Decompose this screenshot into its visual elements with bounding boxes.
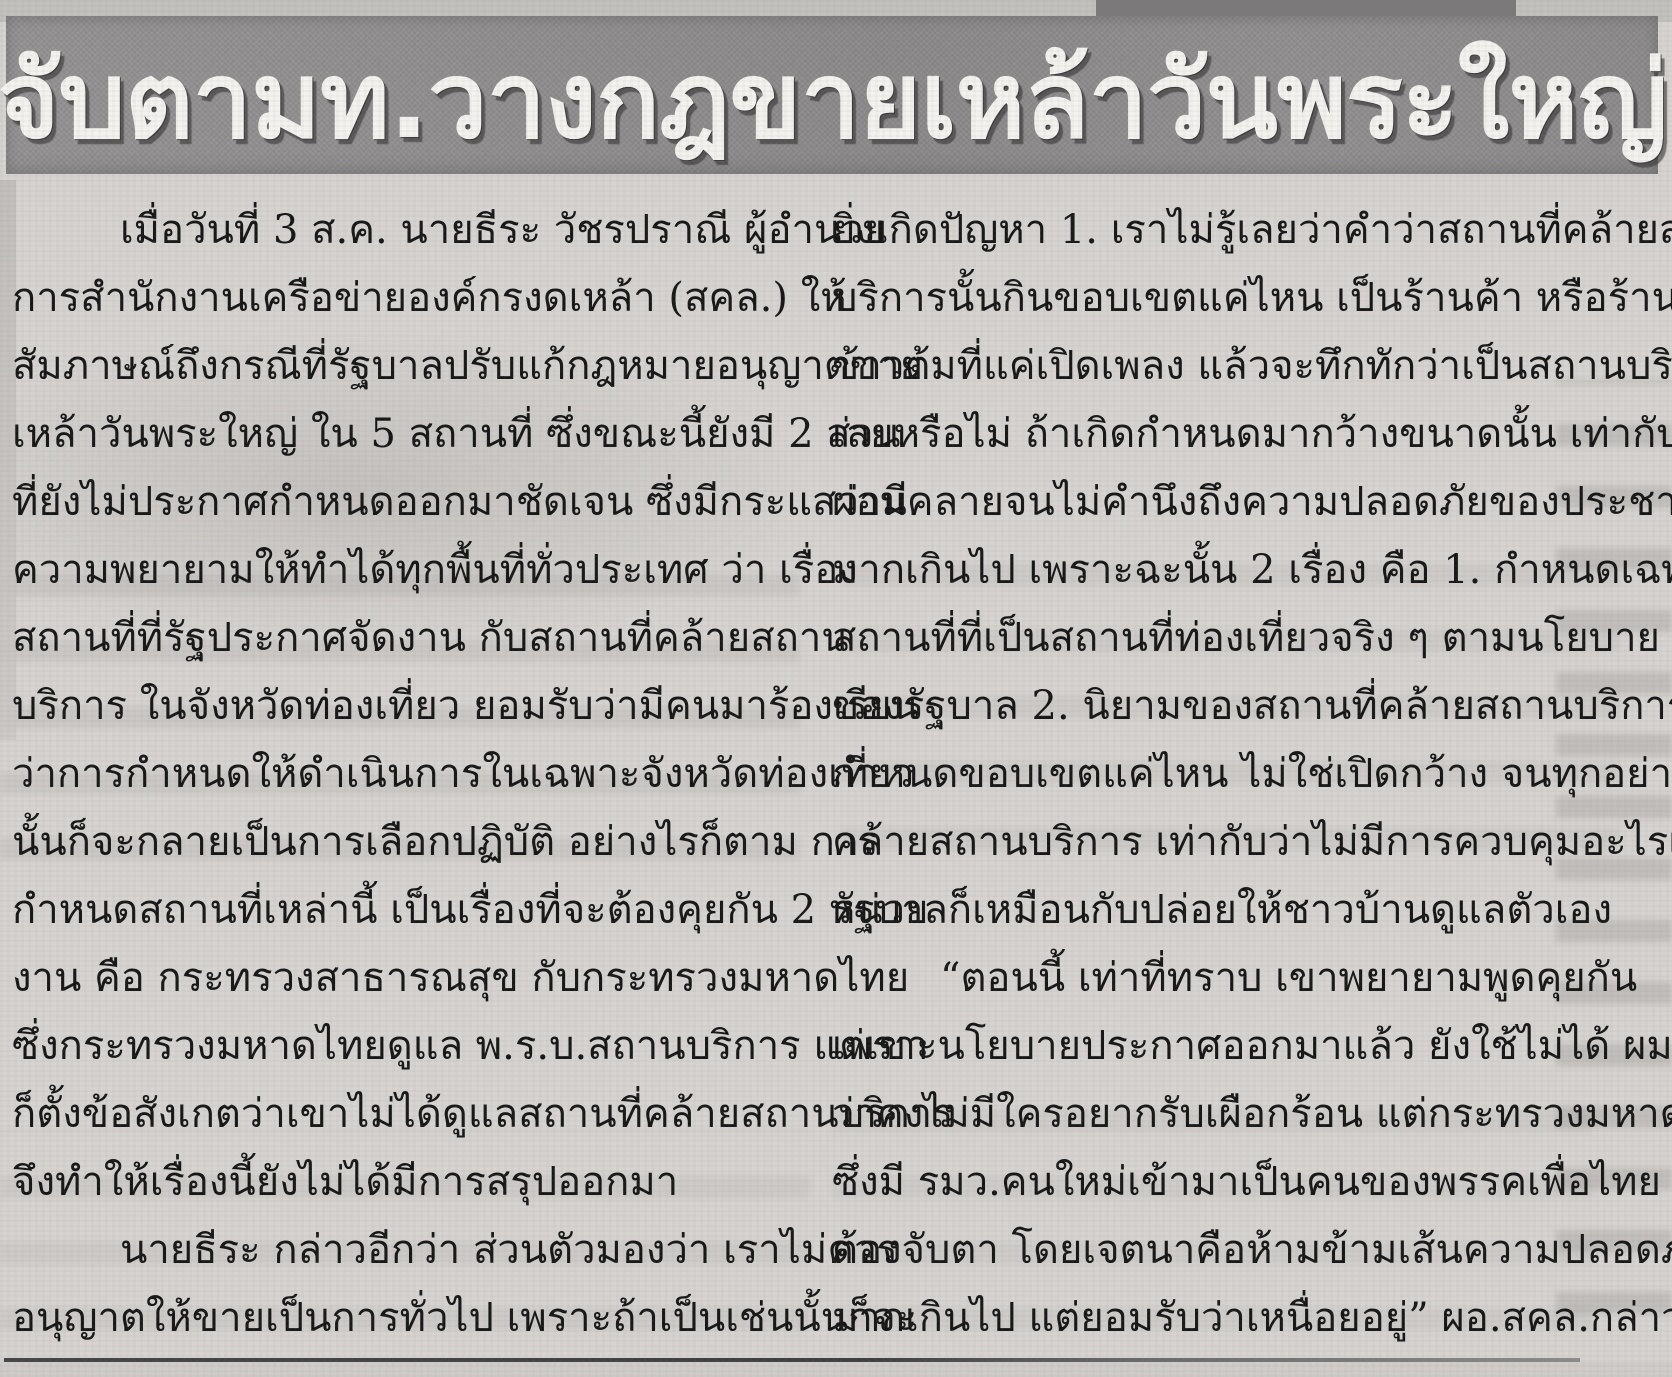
body-text-line: “ตอนนี้ เท่าที่ทราบ เขาพยายามพูดคุยกัน [832,944,1632,1012]
headline-banner: จับตามท.วางกฎขายเหล้าวันพระใหญ่ [6,16,1658,174]
article-column-left: เมื่อวันที่ 3 ส.ค. นายธีระ วัชรปราณี ผู้… [12,196,800,1352]
body-text-line: สัมภาษณ์ถึงกรณีที่รัฐบาลปรับแก้กฎหมายอนุ… [12,332,800,400]
body-text-line: จึงทำให้เรื่องนี้ยังไม่ได้มีการสรุปออกมา [12,1148,800,1216]
body-text-line: ก็ตั้งข้อสังเกตว่าเขาไม่ได้ดูแลสถานที่คล… [12,1080,800,1148]
body-text-line: บริการ ในจังหวัดท่องเที่ยว ยอมรับว่ามีคน… [12,672,800,740]
body-text-line: ที่ยังไม่ประกาศกำหนดออกมาชัดเจน ซึ่งมีกร… [12,468,800,536]
body-text-line: ยิ่งเกิดปัญหา 1. เราไม่รู้เลยว่าคำว่าสถา… [832,196,1632,264]
body-text-line: การสำนักงานเครือข่ายองค์กรงดเหล้า (สคล.)… [12,264,800,332]
body-text-line: เลยหรือไม่ ถ้าเกิดกำหนดมากว้างขนาดนั้น เ… [832,400,1632,468]
body-text-line: ผ่อนคลายจนไม่คำนึงถึงความปลอดภัยของประชา… [832,468,1632,536]
body-text-line: ซึ่งกระทรวงมหาดไทยดูแล พ.ร.บ.สถานบริการ … [12,1012,800,1080]
body-text-line: กำหนดสถานที่เหล่านี้ เป็นเรื่องที่จะต้อง… [12,876,800,944]
body-text-line: มากเกินไป เพราะฉะนั้น 2 เรื่อง คือ 1. กำ… [832,536,1632,604]
body-text-line: ความพยายามให้ทำได้ทุกพื้นที่ทั่วประเทศ ว… [12,536,800,604]
body-text-line: ของรัฐบาล 2. นิยามของสถานที่คล้ายสถานบริ… [832,672,1632,740]
article-column-right: ยิ่งเกิดปัญหา 1. เราไม่รู้เลยว่าคำว่าสถา… [832,196,1632,1352]
body-text-line: ต้องจับตา โดยเจตนาคือห้ามข้ามเส้นความปลอ… [832,1216,1632,1284]
body-text-line: ว่าการกำหนดให้ดำเนินการในเฉพาะจังหวัดท่อ… [12,740,800,808]
body-text-line: มากเกินไป แต่ยอมรับว่าเหนื่อยอยู่” ผอ.สค… [832,1284,1632,1352]
scan-edge-strip-bottom [0,1362,1672,1377]
body-text-line: เพราะนโยบายประกาศออกมาแล้ว ยังใช้ไม่ได้ … [832,1012,1632,1080]
body-text-line: เมื่อวันที่ 3 ส.ค. นายธีระ วัชรปราณี ผู้… [12,196,800,264]
body-text-line: สถานที่ที่รัฐประกาศจัดงาน กับสถานที่คล้า… [12,604,800,672]
body-text-line: กำหนดขอบเขตแค่ไหน ไม่ใช่เปิดกว้าง จนทุกอ… [832,740,1632,808]
body-text-line: นั้นก็จะกลายเป็นการเลือกปฏิบัติ อย่างไรก… [12,808,800,876]
body-text-line: งาน คือ กระทรวงสาธารณสุข กับกระทรวงมหาดไ… [12,944,800,1012]
body-text-line: นายธีระ กล่าวอีกว่า ส่วนตัวมองว่า เราไม่… [12,1216,800,1284]
newspaper-clipping-page: จับตามท.วางกฎขายเหล้าวันพระใหญ่ เมื่อวัน… [0,0,1672,1377]
body-text-line: ว่าคงไม่มีใครอยากรับเผือกร้อน แต่กระทรวง… [832,1080,1632,1148]
body-text-line: อนุญาตให้ขายเป็นการทั่วไป เพราะถ้าเป็นเช… [12,1284,800,1352]
body-text-line: ข้าวต้มที่แค่เปิดเพลง แล้วจะทึกทักว่าเป็… [832,332,1632,400]
body-text-line: สถานที่ที่เป็นสถานที่ท่องเที่ยวจริง ๆ ตา… [832,604,1632,672]
body-text-line: บริการนั้นกินขอบเขตแค่ไหน เป็นร้านค้า หร… [832,264,1632,332]
body-text-line: เหล้าวันพระใหญ่ ใน 5 สถานที่ ซึ่งขณะนี้ย… [12,400,800,468]
body-text-line: ซึ่งมี รมว.คนใหม่เข้ามาเป็นคนของพรรคเพื่… [832,1148,1632,1216]
body-text-line: รัฐบาลก็เหมือนกับปล่อยให้ชาวบ้านดูแลตัวเ… [832,876,1632,944]
headline-text: จับตามท.วางกฎขายเหล้าวันพระใหญ่ [0,35,1667,168]
body-text-line: คล้ายสถานบริการ เท่ากับว่าไม่มีการควบคุม… [832,808,1632,876]
